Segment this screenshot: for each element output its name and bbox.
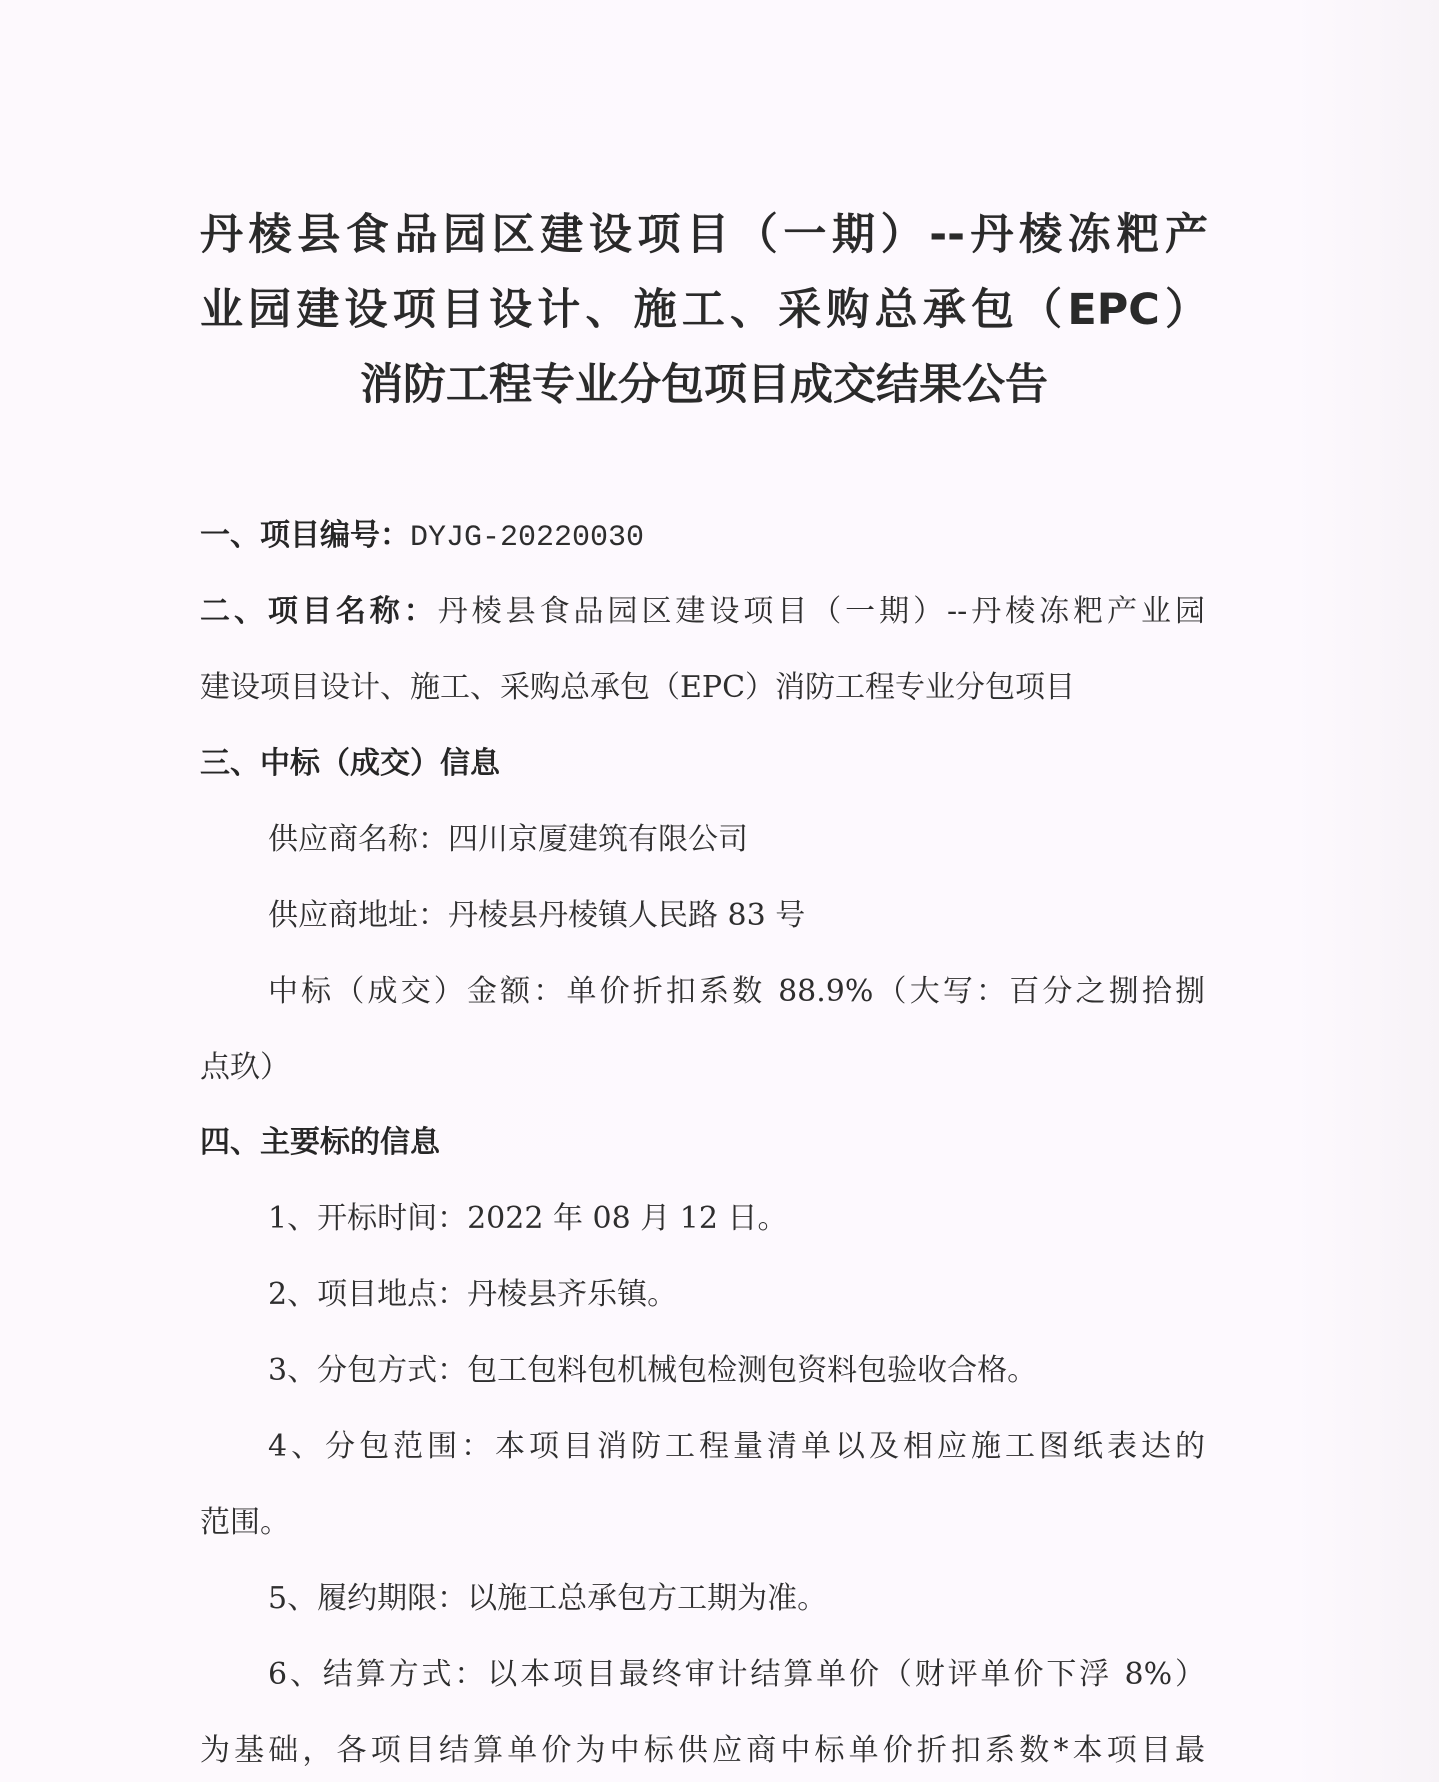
project-name-label: 二、项目名称： [200, 594, 438, 629]
award-amount-line-1: 中标（成交）金额：单价折扣系数 88.9%（大写：百分之捌拾捌 [268, 974, 1205, 1010]
project-number-row: 一、项目编号：DYJG-20220030 [200, 518, 1205, 556]
supplier-name: 供应商名称：四川京厦建筑有限公司 [268, 822, 1205, 858]
project-number-label: 一、项目编号： [200, 518, 410, 553]
supplier-address: 供应商地址：丹棱县丹棱镇人民路 83 号 [268, 898, 1205, 934]
scanned-document-page: 丹棱县食品园区建设项目（一期）--丹棱冻粑产 业园建设项目设计、施工、采购总承包… [0, 0, 1439, 1782]
main-info-heading: 四、主要标的信息 [200, 1125, 1205, 1161]
project-name-value-line-2: 建设项目设计、施工、采购总承包（EPC）消防工程专业分包项目 [200, 670, 1205, 706]
project-name-row: 二、项目名称：丹棱县食品园区建设项目（一期）--丹棱冻粑产业园 [200, 594, 1205, 630]
document-title-line-1: 丹棱县食品园区建设项目（一期）--丹棱冻粑产 [200, 213, 1208, 257]
main-info-item-location: 2、项目地点：丹棱县齐乐镇。 [268, 1277, 1205, 1313]
project-number-value: DYJG-20220030 [410, 521, 644, 555]
main-info-item-scope-line-2: 范围。 [200, 1505, 1205, 1541]
main-info-item-performance-period: 5、履约期限：以施工总承包方工期为准。 [268, 1581, 1205, 1617]
main-info-item-scope-line-1: 4、分包范围：本项目消防工程量清单以及相应施工图纸表达的 [268, 1429, 1205, 1465]
main-info-item-opening-date: 1、开标时间：2022 年 08 月 12 日。 [268, 1201, 1205, 1237]
main-info-item-settlement-line-1: 6、结算方式：以本项目最终审计结算单价（财评单价下浮 8%） [268, 1657, 1205, 1693]
document-title-line-2: 业园建设项目设计、施工、采购总承包（EPC） [200, 288, 1208, 332]
award-info-heading: 三、中标（成交）信息 [200, 746, 1205, 782]
award-amount-line-2: 点玖） [200, 1050, 1205, 1086]
project-name-value-line-1: 丹棱县食品园区建设项目（一期）--丹棱冻粑产业园 [438, 594, 1205, 629]
main-info-item-subcontract-method: 3、分包方式：包工包料包机械包检测包资料包验收合格。 [268, 1353, 1205, 1389]
document-title-line-3: 消防工程专业分包项目成交结果公告 [200, 363, 1208, 407]
main-info-item-settlement-line-2: 为基础，各项目结算单价为中标供应商中标单价折扣系数*本项目最 [200, 1733, 1205, 1769]
